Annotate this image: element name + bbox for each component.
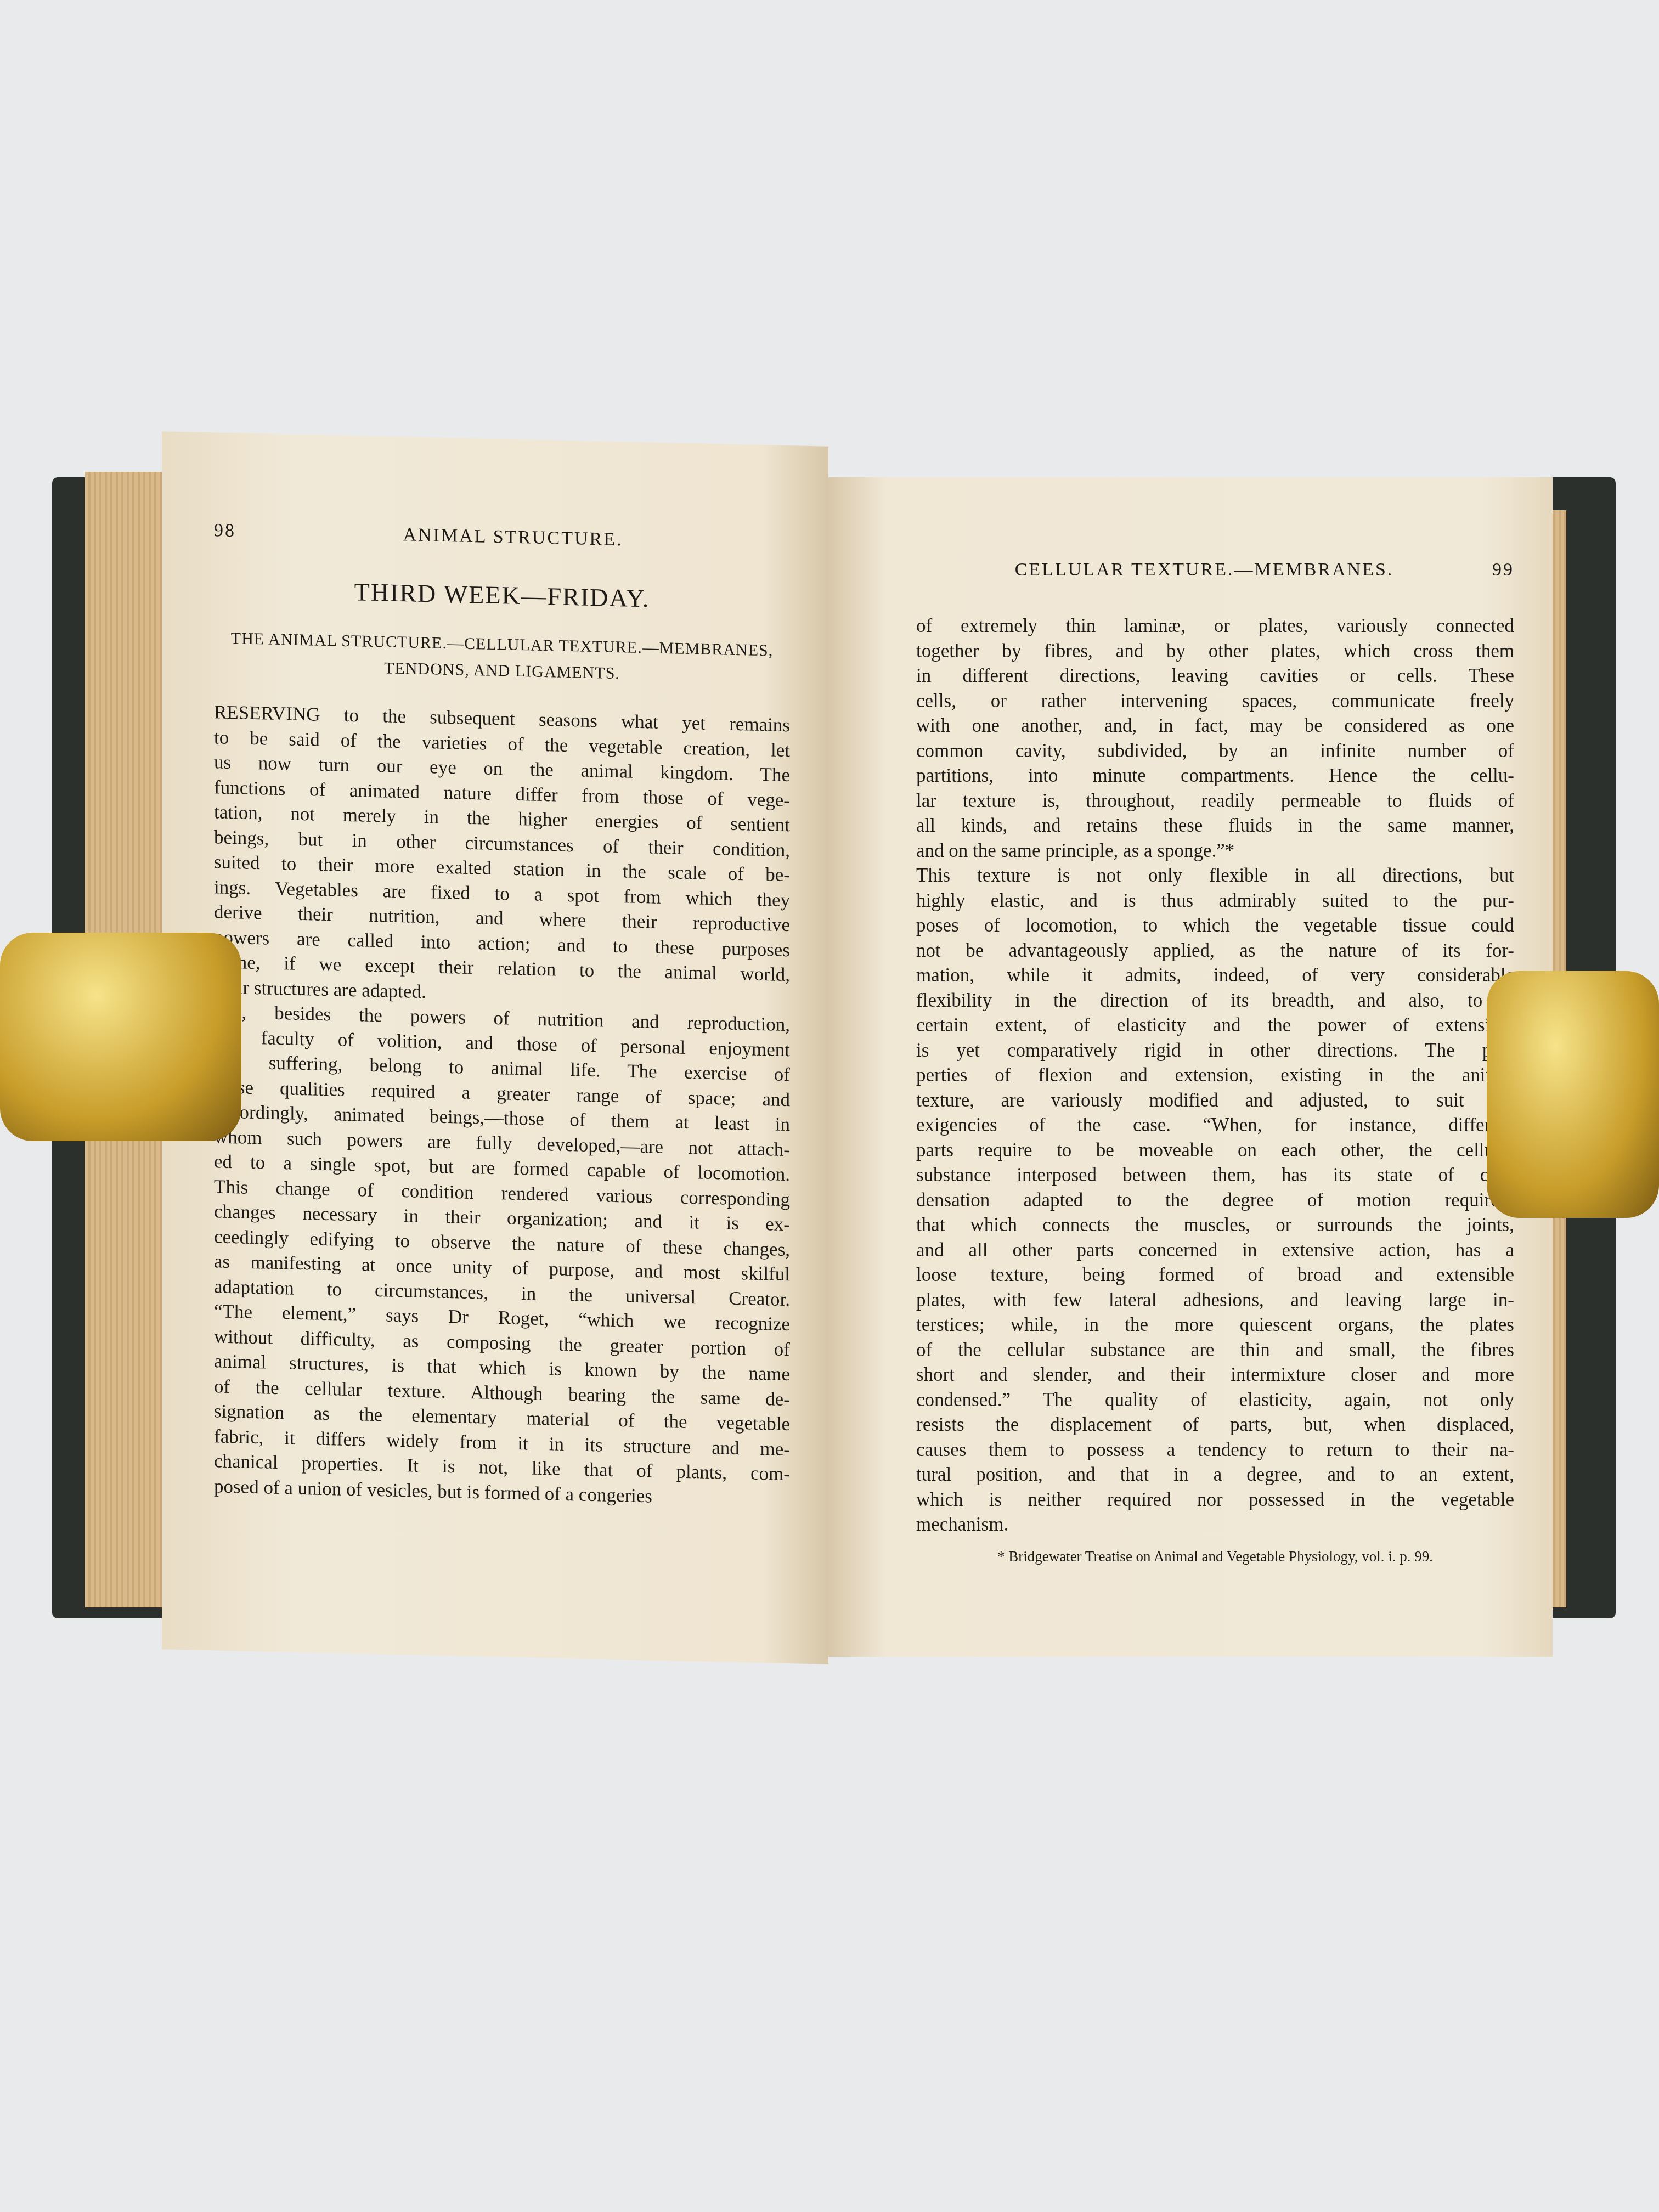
text-line: plates, with few lateral adhesions, and … (916, 1288, 1514, 1313)
text-line: is yet comparatively rigid in other dire… (916, 1038, 1514, 1063)
text-line: densation adapted to the degree of motio… (916, 1188, 1514, 1213)
text-line: exigencies of the case. “When, for insta… (916, 1113, 1514, 1138)
page-number: 99 (1492, 560, 1514, 580)
right-page: CELLULAR TEXTURE.—MEMBRANES. 99 of extre… (828, 477, 1553, 1657)
footnote: * Bridgewater Treatise on Animal and Veg… (916, 1548, 1514, 1565)
text-line: texture, are variously modified and adju… (916, 1088, 1514, 1113)
text-line: and on the same principle, as a sponge.”… (916, 838, 1514, 864)
text-line: perties of flexion and extension, existi… (916, 1063, 1514, 1088)
open-book: 98 ANIMAL STRUCTURE. THIRD WEEK—FRIDAY. … (52, 439, 1616, 1635)
left-running-head: 98 ANIMAL STRUCTURE. (214, 520, 790, 554)
text-line: certain extent, of elasticity and the po… (916, 1013, 1514, 1038)
text-line: in different directions, leaving cavitie… (916, 663, 1514, 689)
text-line: loose texture, being formed of broad and… (916, 1262, 1514, 1288)
text-line: together by fibres, and by other plates,… (916, 639, 1514, 664)
text-line: substance interposed between them, has i… (916, 1163, 1514, 1188)
text-line: lar texture is, throughout, readily perm… (916, 788, 1514, 814)
text-line: poses of locomotion, to which the vegeta… (916, 913, 1514, 938)
text-line: This texture is not only flexible in all… (916, 863, 1514, 888)
text-line: flexibility in the direction of its brea… (916, 988, 1514, 1013)
text-line: cells, or rather intervening spaces, com… (916, 689, 1514, 714)
text-line: and all other parts concerned in extensi… (916, 1238, 1514, 1263)
text-line: all kinds, and retains these fluids in t… (916, 813, 1514, 838)
right-running-head: CELLULAR TEXTURE.—MEMBRANES. 99 (916, 560, 1514, 580)
text-line: not be advantageously applied, as the na… (916, 938, 1514, 963)
running-head-text: ANIMAL STRUCTURE. (403, 524, 623, 550)
text-line: parts require to be moveable on each oth… (916, 1138, 1514, 1163)
text-line: resists the displacement of parts, but, … (916, 1412, 1514, 1437)
text-line: with one another, and, in fact, may be c… (916, 713, 1514, 738)
brass-hand-right (1487, 971, 1659, 1218)
text-line: mation, while it admits, indeed, of very… (916, 963, 1514, 988)
text-line: common cavity, subdivided, by an infinit… (916, 738, 1514, 764)
chapter-subtitle: THE ANIMAL STRUCTURE.—CELLULAR TEXTURE.—… (214, 625, 790, 691)
text-line: short and slender, and their intermixtur… (916, 1362, 1514, 1387)
text-line: highly elastic, and is thus admirably su… (916, 888, 1514, 913)
text-line: mechanism. (916, 1512, 1514, 1537)
brass-hand-left (0, 933, 241, 1141)
text-line: partitions, into minute compartments. He… (916, 763, 1514, 788)
text-line: which is neither required nor possessed … (916, 1487, 1514, 1513)
left-page: 98 ANIMAL STRUCTURE. THIRD WEEK—FRIDAY. … (162, 431, 828, 1664)
right-body-text: of extremely thin laminæ, or plates, var… (916, 613, 1514, 1537)
text-line: terstices; while, in the more quiescent … (916, 1312, 1514, 1338)
page-number: 98 (214, 520, 236, 541)
text-line: that which connects the muscles, or surr… (916, 1212, 1514, 1238)
running-head-text: CELLULAR TEXTURE.—MEMBRANES. (1015, 560, 1394, 580)
chapter-title: THIRD WEEK—FRIDAY. (214, 574, 790, 616)
text-line: condensed.” The quality of elasticity, a… (916, 1387, 1514, 1413)
text-line: of extremely thin laminæ, or plates, var… (916, 613, 1514, 639)
text-line: tural position, and that in a degree, an… (916, 1462, 1514, 1487)
text-line: causes them to possess a tendency to ret… (916, 1437, 1514, 1463)
text-line: of the cellular substance are thin and s… (916, 1338, 1514, 1363)
left-body-text: RESERVING to the subsequent seasons what… (214, 699, 790, 1511)
